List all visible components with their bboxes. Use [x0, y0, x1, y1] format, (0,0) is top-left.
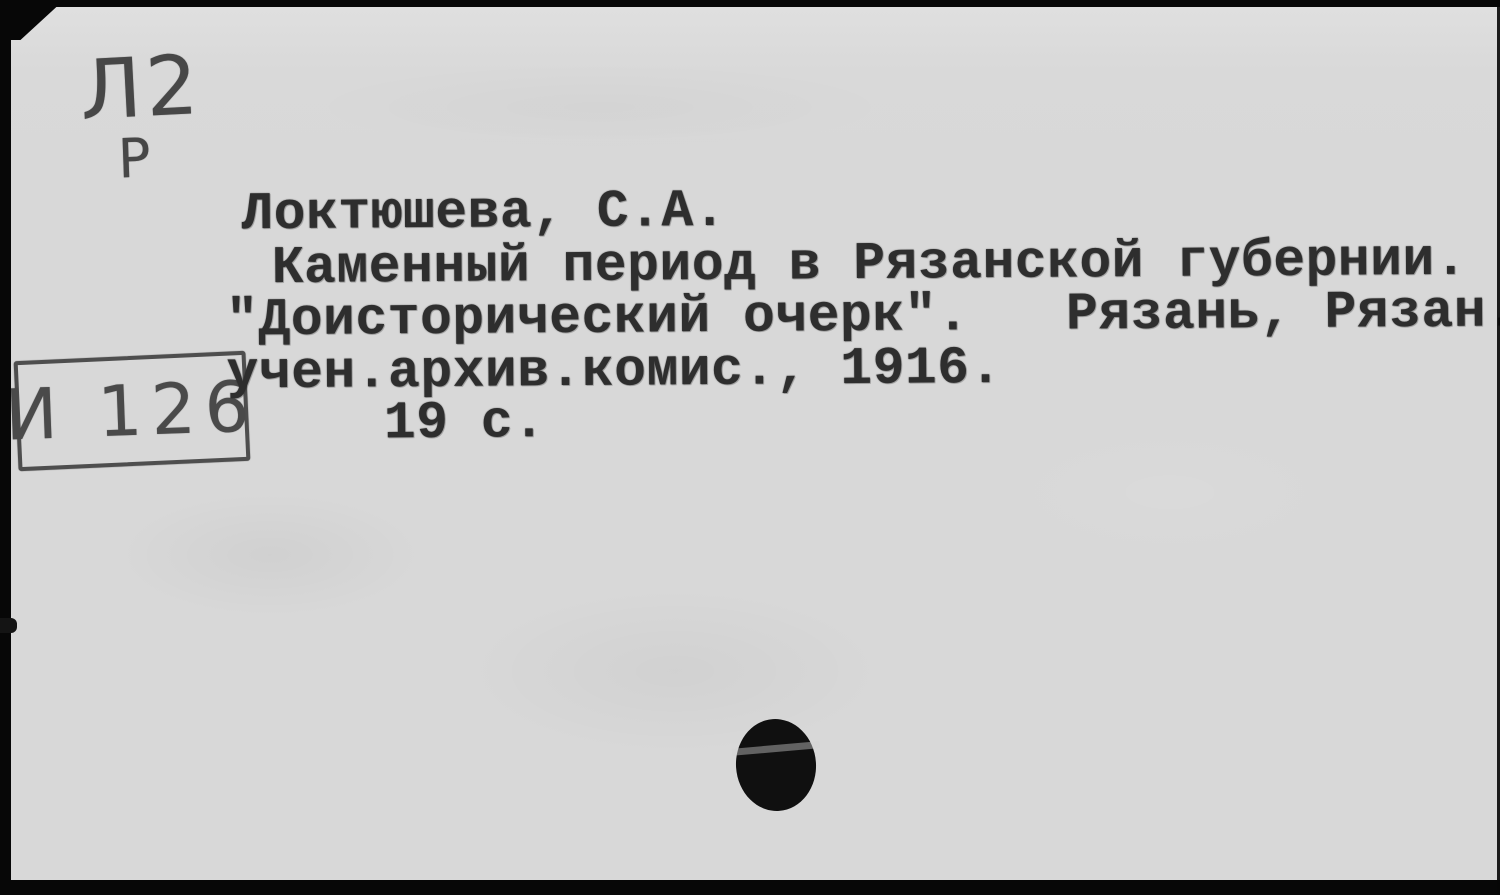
pagination-line: 19 с. — [384, 396, 546, 450]
scan-edge-notch — [0, 618, 17, 633]
scan-streak — [732, 741, 820, 756]
author-heading: Локтюшева, С.А. — [241, 185, 726, 241]
card-surface: Л2 Р И 126 Локтюшева, С.А. Каменный пери… — [0, 0, 1500, 895]
scan-border-left — [0, 0, 11, 895]
publisher-year-line: учен.архив.комис., 1916. — [226, 342, 1002, 400]
scanned-catalog-card: Л2 Р И 126 Локтюшева, С.А. Каменный пери… — [0, 0, 1500, 895]
scan-border-top — [0, 0, 1500, 7]
scan-border-bottom — [0, 880, 1500, 895]
